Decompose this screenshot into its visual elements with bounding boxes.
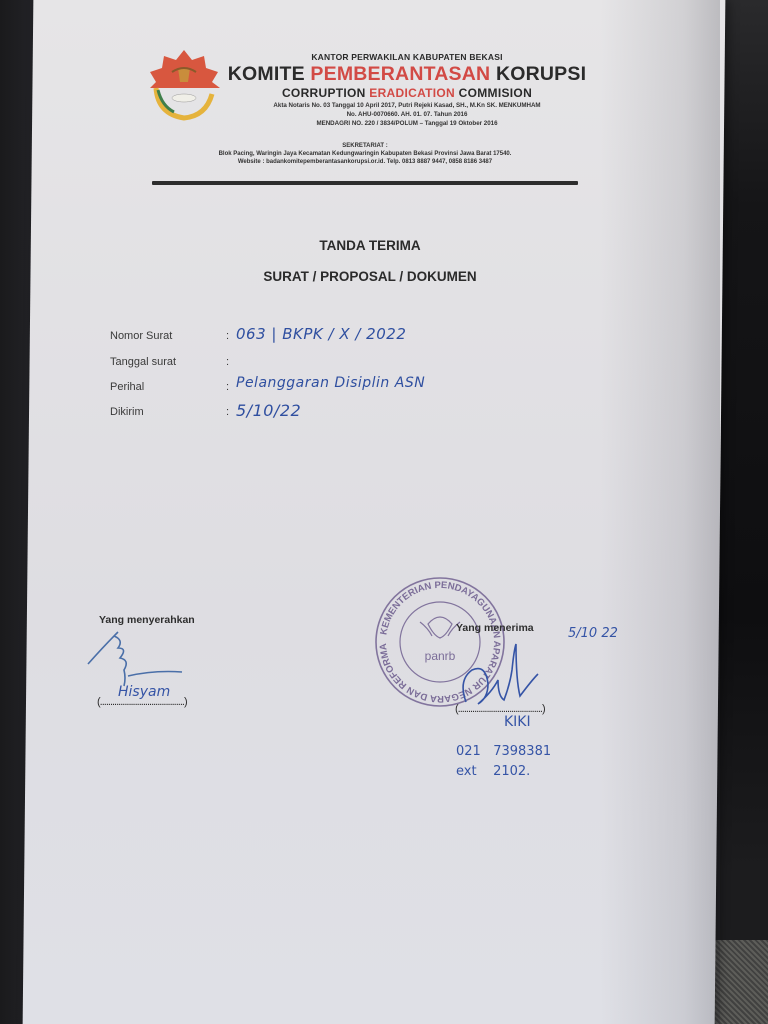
field-colon: : bbox=[226, 356, 229, 368]
receiver-handwritten-name: KIKI bbox=[504, 714, 531, 730]
background-fabric bbox=[708, 940, 768, 1024]
sender-name-line: (.......................................… bbox=[97, 696, 187, 708]
letterhead: KANTOR PERWAKILAN KABUPATEN BEKASI KOMIT… bbox=[222, 52, 592, 127]
receiver-handwritten-date: 5/10 22 bbox=[568, 626, 618, 641]
kpk-logo-icon bbox=[146, 48, 222, 122]
organization-name: KOMITE PEMBERANTASAN KORUPSI bbox=[222, 63, 592, 86]
document-subtitle: SURAT / PROPOSAL / DOKUMEN bbox=[220, 269, 520, 284]
office-name: KANTOR PERWAKILAN KABUPATEN BEKASI bbox=[222, 52, 592, 62]
secretariat-block: SEKRETARIAT : Blok Pacing, Waringin Jaya… bbox=[150, 143, 580, 167]
organization-english-name: CORRUPTION ERADICATION COMMISION bbox=[222, 86, 592, 100]
field-value-dikirim: 5/10/22 bbox=[236, 401, 301, 420]
secretariat-address: Blok Pacing, Waringin Jaya Kecamatan Ked… bbox=[150, 151, 580, 157]
organization-name-accent: PEMBERANTASAN bbox=[310, 63, 490, 85]
organization-name-part: KOMITE bbox=[228, 63, 311, 85]
sender-label: Yang menyerahkan bbox=[99, 614, 195, 626]
field-label-tanggal-surat: Tanggal surat bbox=[110, 356, 176, 368]
receiver-name-line: (.......................................… bbox=[455, 703, 545, 715]
receiver-phone-extension: ext 2102. bbox=[456, 764, 530, 779]
legal-line-3: MENDAGRI NO. 220 / 3834/POLUM – Tanggal … bbox=[222, 120, 592, 127]
receiver-phone: 021 7398381 bbox=[456, 744, 551, 759]
receiver-signature bbox=[458, 640, 548, 710]
english-name-accent: ERADICATION bbox=[369, 86, 455, 100]
field-label-nomor-surat: Nomor Surat bbox=[110, 330, 172, 342]
document-title: TANDA TERIMA bbox=[220, 238, 520, 253]
field-value-perihal: Pelanggaran Disiplin ASN bbox=[236, 375, 425, 391]
secretariat-contact: Website : badankomitepemberantasankorups… bbox=[150, 159, 580, 165]
field-label-perihal: Perihal bbox=[110, 381, 144, 393]
english-name-part: COMMISION bbox=[455, 86, 532, 100]
organization-name-part: KORUPSI bbox=[490, 63, 586, 85]
legal-line-2: No. AHU-0070660. AH. 01. 07. Tahun 2016 bbox=[222, 111, 592, 118]
legal-line-1: Akta Notaris No. 03 Tanggal 10 April 201… bbox=[222, 102, 592, 109]
field-colon: : bbox=[226, 406, 229, 418]
receiver-label: Yang menerima bbox=[456, 622, 534, 634]
field-colon: : bbox=[226, 330, 229, 342]
letterhead-divider bbox=[152, 181, 578, 185]
english-name-part: CORRUPTION bbox=[282, 86, 369, 100]
field-value-nomor-surat: 063 | BKPK / X / 2022 bbox=[236, 325, 406, 343]
secretariat-label: SEKRETARIAT : bbox=[150, 143, 580, 149]
stamp-center-text: panrb bbox=[425, 649, 456, 663]
field-colon: : bbox=[226, 381, 229, 393]
field-label-dikirim: Dikirim bbox=[110, 406, 144, 418]
